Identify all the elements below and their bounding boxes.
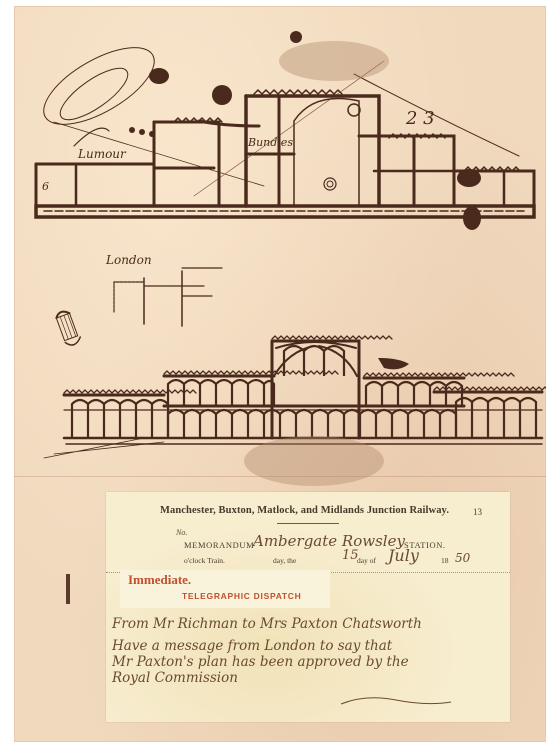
ink-drip [66, 574, 70, 604]
title-rule [277, 523, 339, 524]
message-line: From Mr Richman to Mrs Paxton Chatsworth [112, 616, 422, 632]
railway-title: Manchester, Buxton, Matlock, and Midland… [160, 505, 449, 516]
year-prefix: 18 [441, 556, 449, 565]
telegraph-memorandum: Manchester, Buxton, Matlock, and Midland… [106, 492, 510, 722]
svg-text:2 3: 2 3 [405, 108, 435, 129]
immediate-stamp: Immediate. [128, 572, 191, 588]
message-line: Royal Commission [112, 670, 422, 686]
svg-text:London: London [105, 253, 152, 267]
svg-text:Lumour: Lumour [77, 147, 127, 161]
signature-flourish [336, 692, 456, 712]
telegraphic-dispatch-stamp: TELEGRAPHIC DISPATCH [182, 591, 301, 601]
handwritten-station: Ambergate Rowsley [253, 532, 405, 550]
message-line: Mr Paxton's plan has been approved by th… [112, 654, 422, 670]
handwritten-month: July [388, 546, 419, 565]
number-label: No. [176, 528, 187, 537]
day-the-label: day, the [273, 556, 296, 565]
svg-text:Bundles: Bundles [247, 136, 293, 149]
day-of-label: day of [357, 556, 376, 565]
handwritten-message: From Mr Richman to Mrs Paxton Chatsworth… [112, 616, 422, 686]
message-line: Have a message from London to say that [112, 638, 422, 654]
svg-text:6: 6 [42, 180, 49, 193]
handwritten-year: 50 [455, 551, 470, 565]
form-number: 13 [473, 507, 482, 517]
document-sheet: Lumour London Bundles 2 3 6 Manchester, … [14, 6, 546, 742]
memorandum-label: MEMORANDUM [184, 540, 254, 550]
train-label: o'clock Train. [184, 556, 225, 565]
dispatch-label: Immediate. TELEGRAPHIC DISPATCH [120, 570, 330, 608]
crystal-palace-sketch: Lumour London Bundles 2 3 6 [14, 6, 546, 486]
